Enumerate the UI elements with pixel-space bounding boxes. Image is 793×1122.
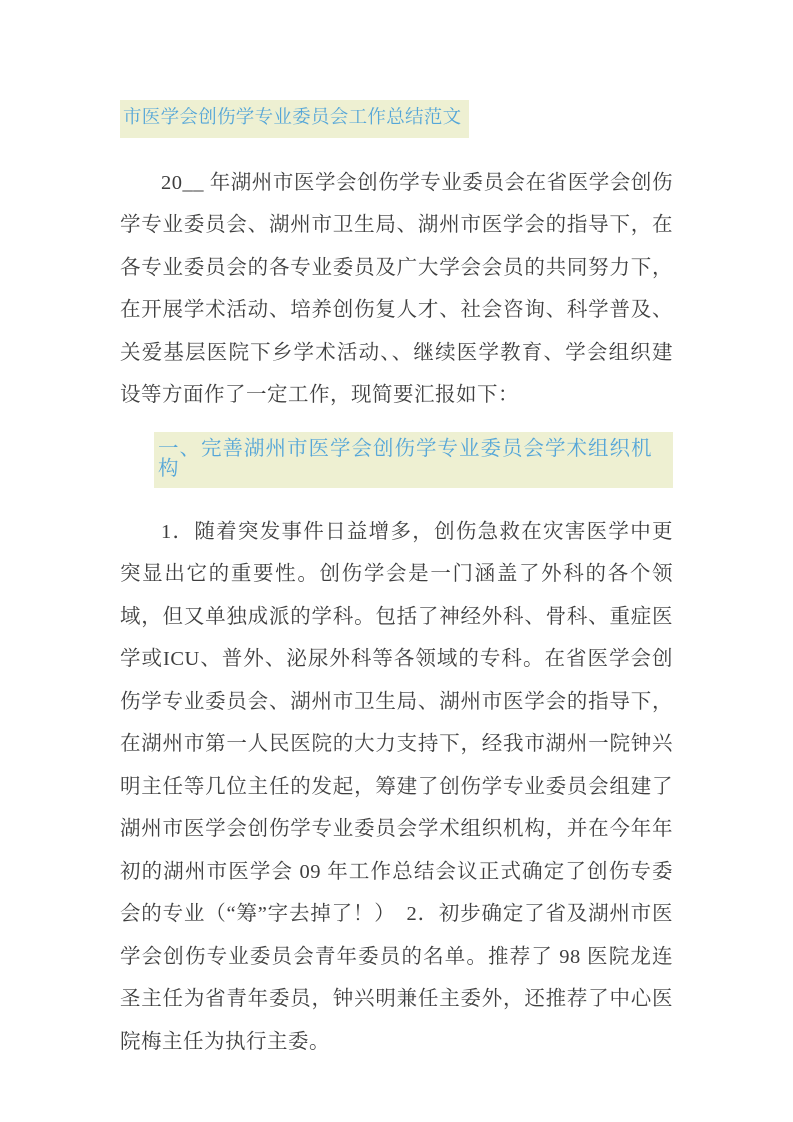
document-title: 市医学会创伤学专业委员会工作总结范文: [120, 100, 673, 138]
section-heading: 一、完善湖州市医学会创伤学专业委员会学术组织机构: [154, 432, 673, 488]
section-heading-highlight: 一、完善湖州市医学会创伤学专业委员会学术组织机构: [154, 432, 673, 488]
document-page: 市医学会创伤学专业委员会工作总结范文 20__ 年湖州市医学会创伤学专业委员会在…: [0, 0, 793, 1122]
intro-paragraph: 20__ 年湖州市医学会创伤学专业委员会在省医学会创伤学专业委员会、湖州市卫生局…: [120, 162, 673, 417]
body-paragraph: 1．随着突发事件日益增多，创伤急救在灾害医学中更突显出它的重要性。创伤学会是一门…: [120, 511, 673, 1064]
document-title-highlight: 市医学会创伤学专业委员会工作总结范文: [120, 100, 469, 138]
